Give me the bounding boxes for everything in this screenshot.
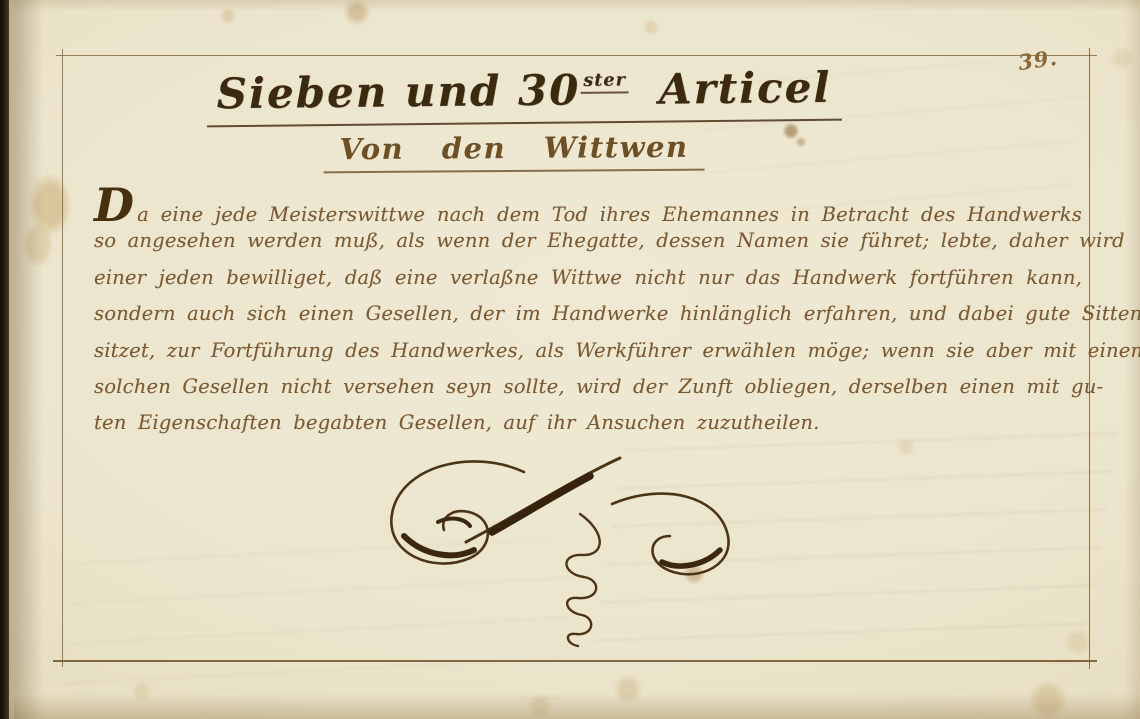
- manuscript-line: Da eine jede Meisterswittwe nach dem Tod…: [94, 187, 1082, 223]
- border-line-bottom: [53, 660, 1097, 662]
- book-binding: [0, 0, 9, 719]
- manuscript-line: einer jeden bewilliget, daß eine verlaßn…: [94, 260, 1082, 296]
- article-title-prefix: Sieben und 30: [216, 65, 580, 118]
- manuscript-line: so angesehen werden muß, als wenn der Eh…: [94, 223, 1082, 259]
- page-edge-shadow: [0, 0, 1140, 12]
- article-title-suffix: Articel: [659, 63, 832, 114]
- article-title-ordinal-suffix: ster: [580, 69, 629, 94]
- article-subtitle: Von den Wittwen: [323, 130, 704, 174]
- page-curve-shadow: [9, 0, 43, 719]
- border-line-top: [56, 55, 1097, 56]
- manuscript-line: ten Eigenschaften begabten Gesellen, auf…: [94, 405, 1082, 441]
- manuscript-photo: 39. Sieben und 30sterArticel Von den Wit…: [0, 0, 1140, 719]
- border-line-left: [62, 49, 63, 667]
- manuscript-line: sondern auch sich einen Gesellen, der im…: [94, 296, 1082, 332]
- calligraphic-flourish: [372, 452, 752, 657]
- page-edge-shadow: [0, 693, 1140, 719]
- manuscript-line: solchen Gesellen nicht versehen seyn sol…: [94, 369, 1082, 405]
- manuscript-body: Da eine jede Meisterswittwe nach dem Tod…: [94, 187, 1082, 442]
- manuscript-line: sitzet, zur Fortführung des Handwerkes, …: [94, 333, 1082, 369]
- article-title: Sieben und 30sterArticel: [206, 63, 841, 128]
